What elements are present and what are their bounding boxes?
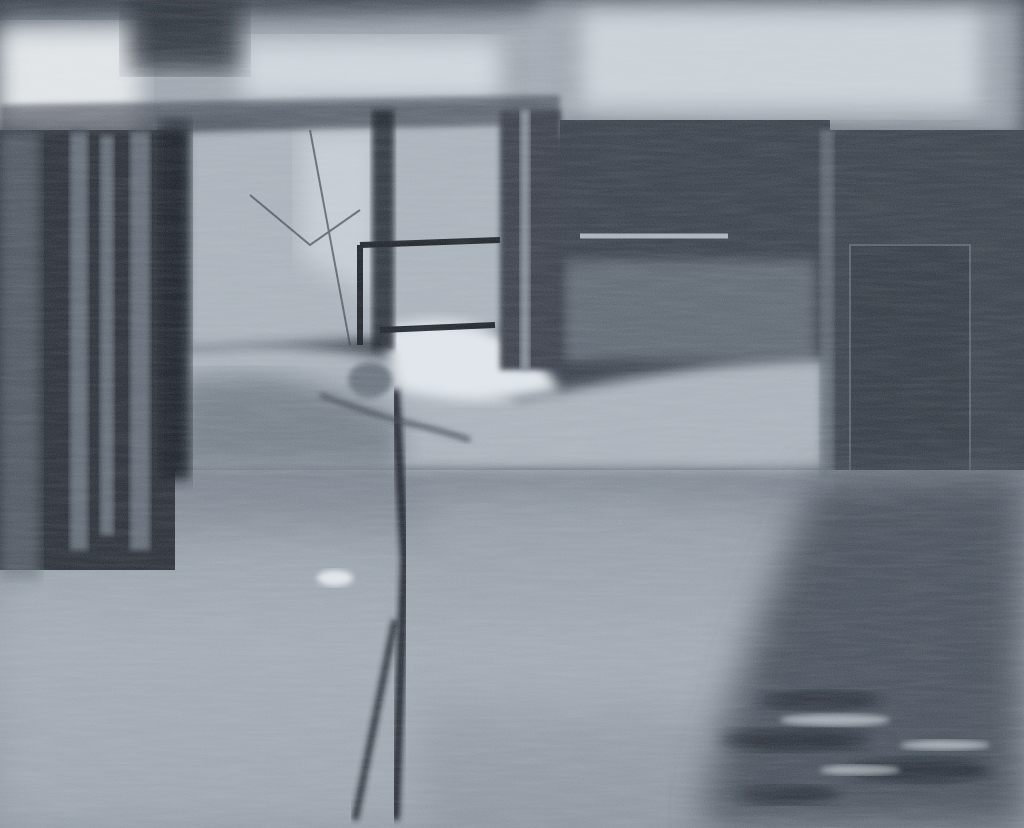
brush-streaks bbox=[0, 0, 1024, 828]
painting-canvas bbox=[0, 0, 1024, 828]
painting bbox=[0, 0, 1024, 828]
